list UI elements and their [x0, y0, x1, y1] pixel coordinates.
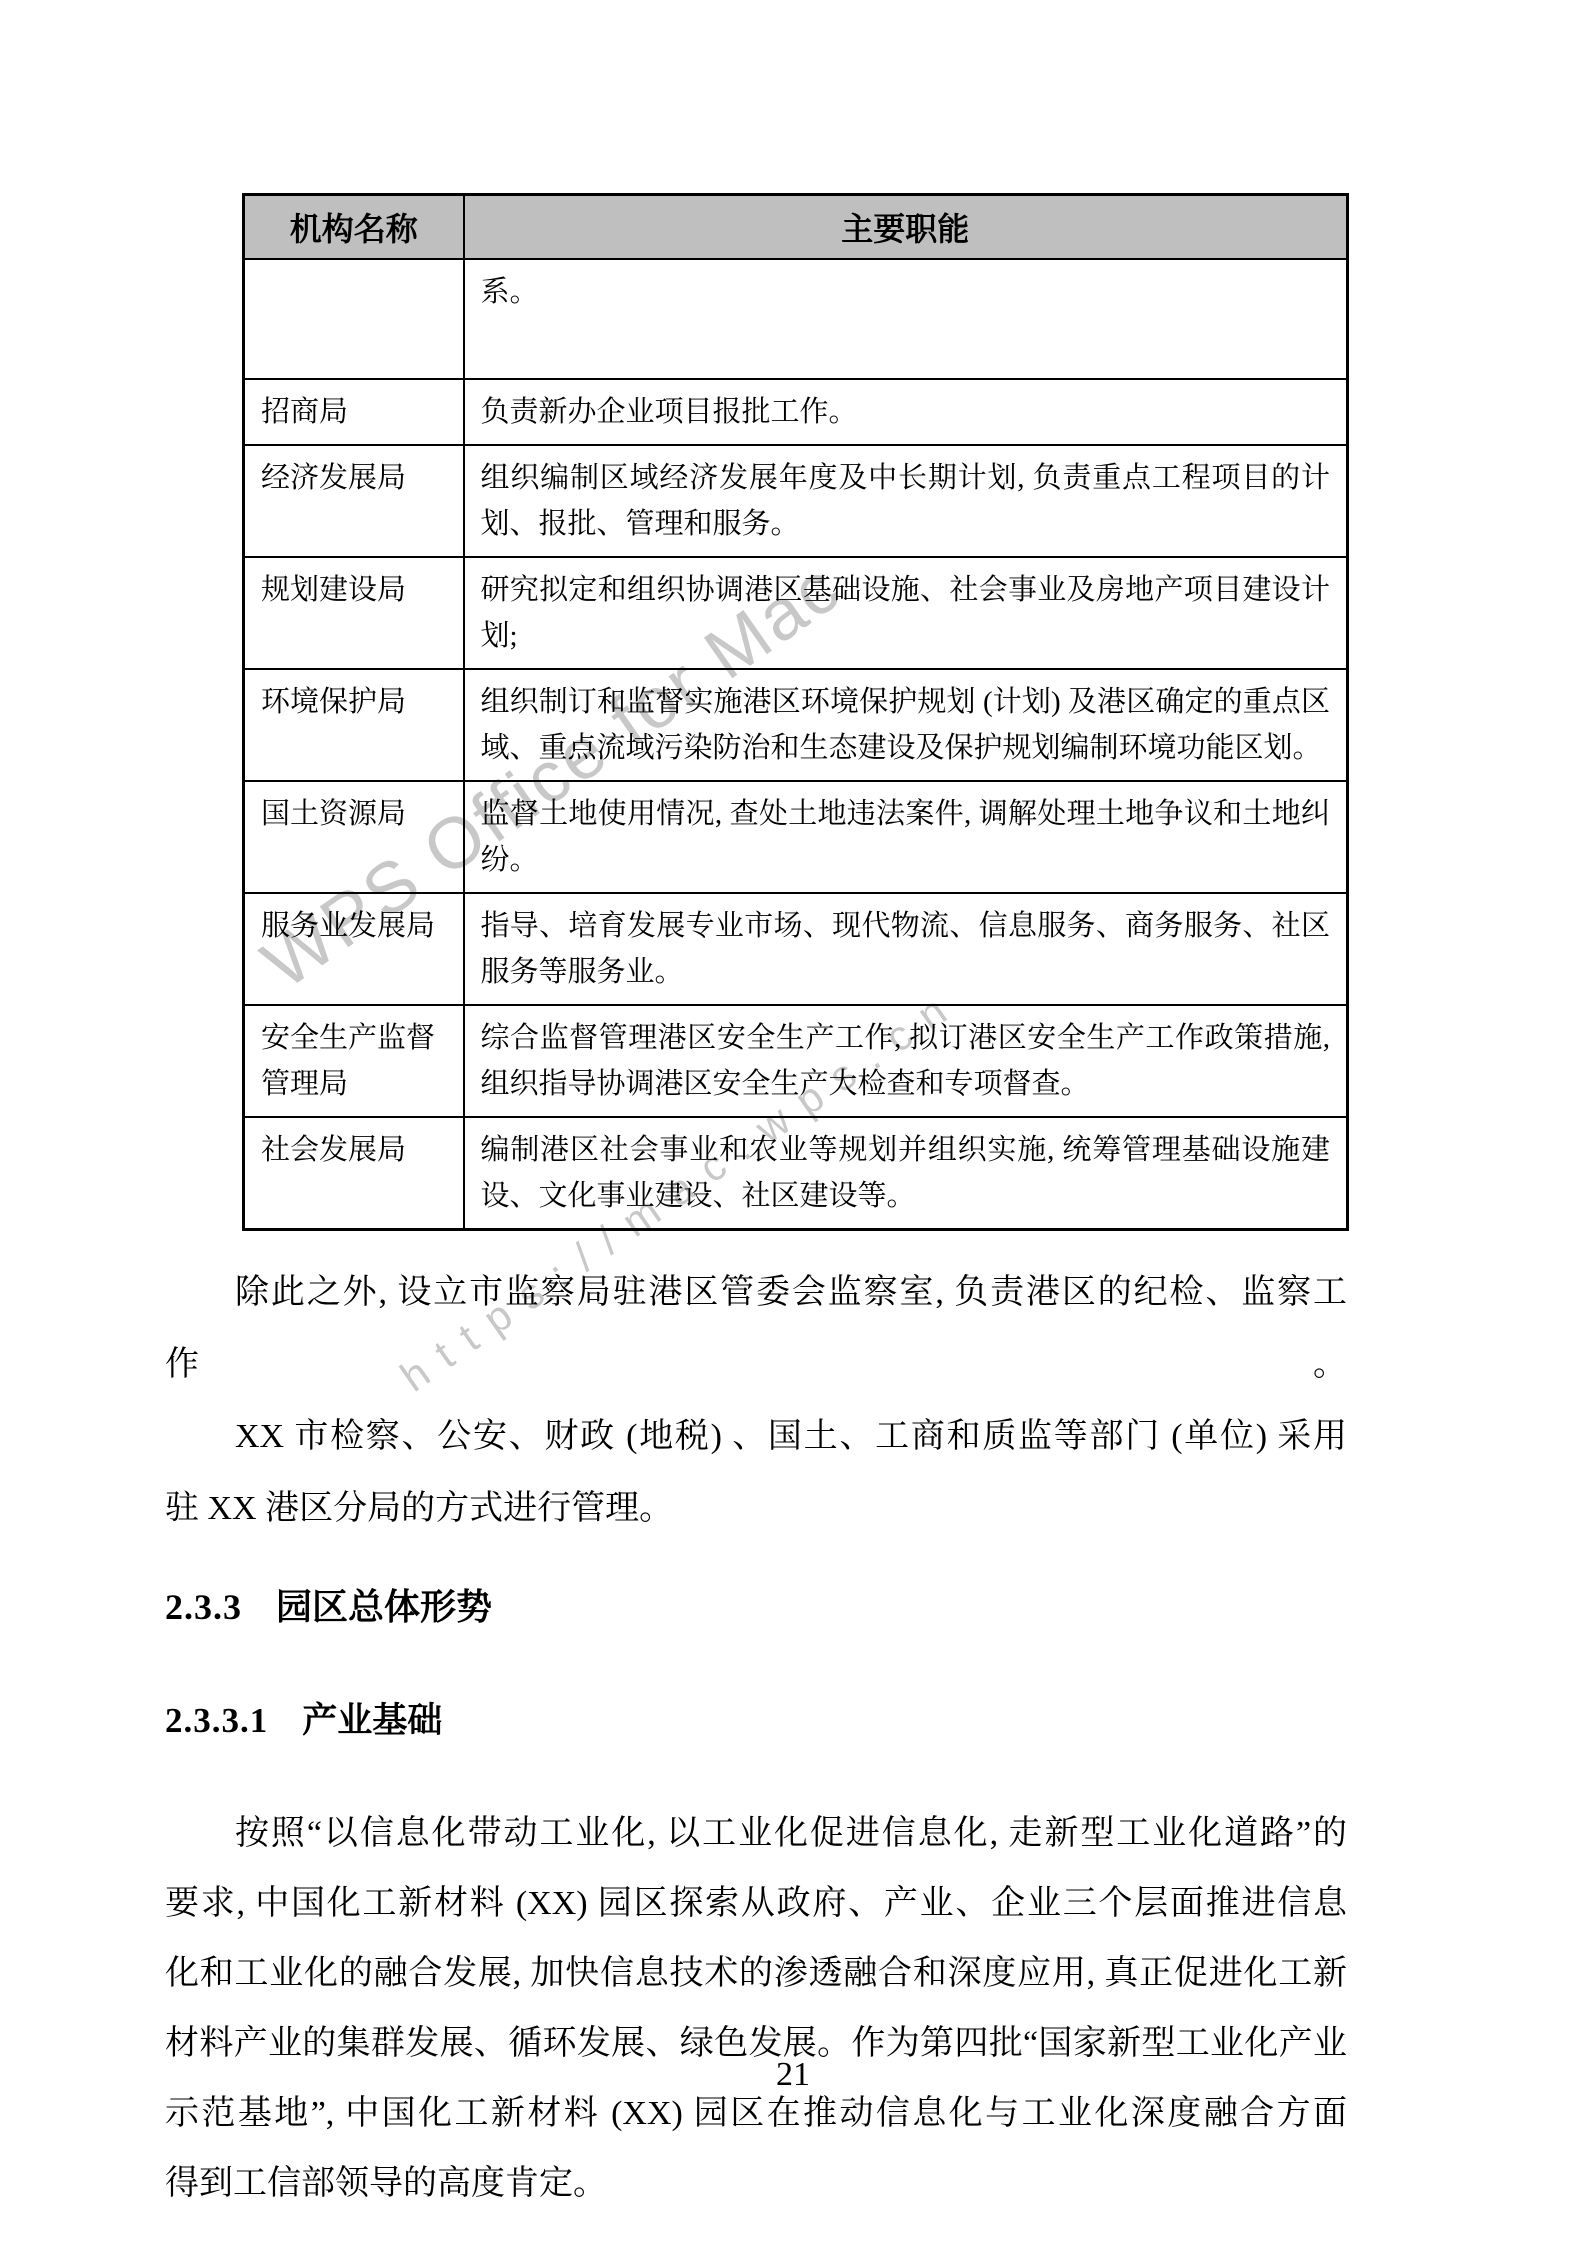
duty-header: 主要职能	[464, 195, 1348, 260]
document-page: WPS Office for Mac https://mac.wps.cn 机构…	[0, 0, 1586, 2244]
paragraph-industry-base: 按照“以信息化带动工业化, 以工业化促进信息化, 走新型工业化道路”的 要求, …	[165, 1799, 1347, 2219]
org-name-cell: 规划建设局	[244, 557, 464, 669]
duty-cell: 编制港区社会事业和农业等规划并组织实施, 统筹管理基础设施建设、文化事业建设、社…	[464, 1117, 1348, 1230]
table-row: 服务业发展局 指导、培育发展专业市场、现代物流、信息服务、商务服务、社区服务等服…	[244, 893, 1348, 1005]
org-name-cell: 服务业发展局	[244, 893, 464, 1005]
paragraph-line: 化和工业化的融合发展, 加快信息技术的渗透融合和深度应用, 真正促进化工新	[165, 1939, 1347, 2009]
table-row: 环境保护局 组织制订和监督实施港区环境保护规划 (计划) 及港区确定的重点区域、…	[244, 669, 1348, 781]
org-name-cell: 社会发展局	[244, 1117, 464, 1230]
paragraph-line: 要求, 中国化工新材料 (XX) 园区探索从政府、产业、企业三个层面推进信息	[165, 1869, 1347, 1939]
org-name-header: 机构名称	[244, 195, 464, 260]
org-name-cell: 经济发展局	[244, 445, 464, 557]
org-name-cell: 招商局	[244, 379, 464, 445]
paragraph-line: 按照“以信息化带动工业化, 以工业化促进信息化, 走新型工业化道路”的	[165, 1799, 1347, 1869]
org-name-cell: 安全生产监督管理局	[244, 1005, 464, 1117]
org-name-cell	[244, 259, 464, 379]
table-row: 安全生产监督管理局 综合监督管理港区安全生产工作, 拟订港区安全生产工作政策措施…	[244, 1005, 1348, 1117]
duty-cell: 监督土地使用情况, 查处土地违法案件, 调解处理土地争议和土地纠纷。	[464, 781, 1348, 893]
duty-cell: 系。	[464, 259, 1348, 379]
section-heading-2331: 2.3.3.1产业基础	[165, 1699, 1347, 1743]
section-heading-233: 2.3.3园区总体形势	[165, 1585, 1347, 1629]
duty-cell: 组织制订和监督实施港区环境保护规划 (计划) 及港区确定的重点区域、重点流域污染…	[464, 669, 1348, 781]
table-row: 社会发展局 编制港区社会事业和农业等规划并组织实施, 统筹管理基础设施建设、文化…	[244, 1117, 1348, 1230]
table-header-row: 机构名称 主要职能	[244, 195, 1348, 260]
table-row: 系。	[244, 259, 1348, 379]
duty-cell: 综合监督管理港区安全生产工作, 拟订港区安全生产工作政策措施, 组织指导协调港区…	[464, 1005, 1348, 1117]
table-row: 经济发展局 组织编制区域经济发展年度及中长期计划, 负责重点工程项目的计划、报批…	[244, 445, 1348, 557]
section-title: 园区总体形势	[276, 1587, 492, 1627]
page-number: 21	[0, 2056, 1586, 2094]
org-name-cell: 环境保护局	[244, 669, 464, 781]
paragraph-branch-bureaus: XX 市检察、公安、财政 (地税) 、国土、工商和质监等部门 (单位) 采用 驻…	[165, 1401, 1347, 1545]
duty-cell: 组织编制区域经济发展年度及中长期计划, 负责重点工程项目的计划、报批、管理和服务…	[464, 445, 1348, 557]
duty-cell: 研究拟定和组织协调港区基础设施、社会事业及房地产项目建设计划;	[464, 557, 1348, 669]
paragraph-line: 得到工信部领导的高度肯定。	[165, 2149, 1347, 2219]
duty-cell: 负责新办企业项目报批工作。	[464, 379, 1348, 445]
paragraph-supervision: 除此之外, 设立市监察局驻港区管委会监察室, 负责港区的纪检、监察工作。	[165, 1257, 1347, 1401]
section-number: 2.3.3.1	[165, 1701, 268, 1740]
org-name-cell: 国土资源局	[244, 781, 464, 893]
paragraph-line: XX 市检察、公安、财政 (地税) 、国土、工商和质监等部门 (单位) 采用	[165, 1401, 1347, 1473]
duty-cell: 指导、培育发展专业市场、现代物流、信息服务、商务服务、社区服务等服务业。	[464, 893, 1348, 1005]
section-number: 2.3.3	[165, 1587, 242, 1627]
page-content: 机构名称 主要职能 系。 招商局 负责新办企业项目报批工作。 经济发展局 组织编…	[0, 0, 1586, 2219]
table-row: 国土资源局 监督土地使用情况, 查处土地违法案件, 调解处理土地争议和土地纠纷。	[244, 781, 1348, 893]
paragraph-line: 驻 XX 港区分局的方式进行管理。	[165, 1473, 1347, 1545]
table-row: 规划建设局 研究拟定和组织协调港区基础设施、社会事业及房地产项目建设计划;	[244, 557, 1348, 669]
paragraph-line: 除此之外, 设立市监察局驻港区管委会监察室, 负责港区的纪检、监察工作。	[165, 1257, 1347, 1401]
org-duty-table: 机构名称 主要职能 系。 招商局 负责新办企业项目报批工作。 经济发展局 组织编…	[242, 193, 1349, 1231]
section-title: 产业基础	[302, 1701, 442, 1740]
table-row: 招商局 负责新办企业项目报批工作。	[244, 379, 1348, 445]
